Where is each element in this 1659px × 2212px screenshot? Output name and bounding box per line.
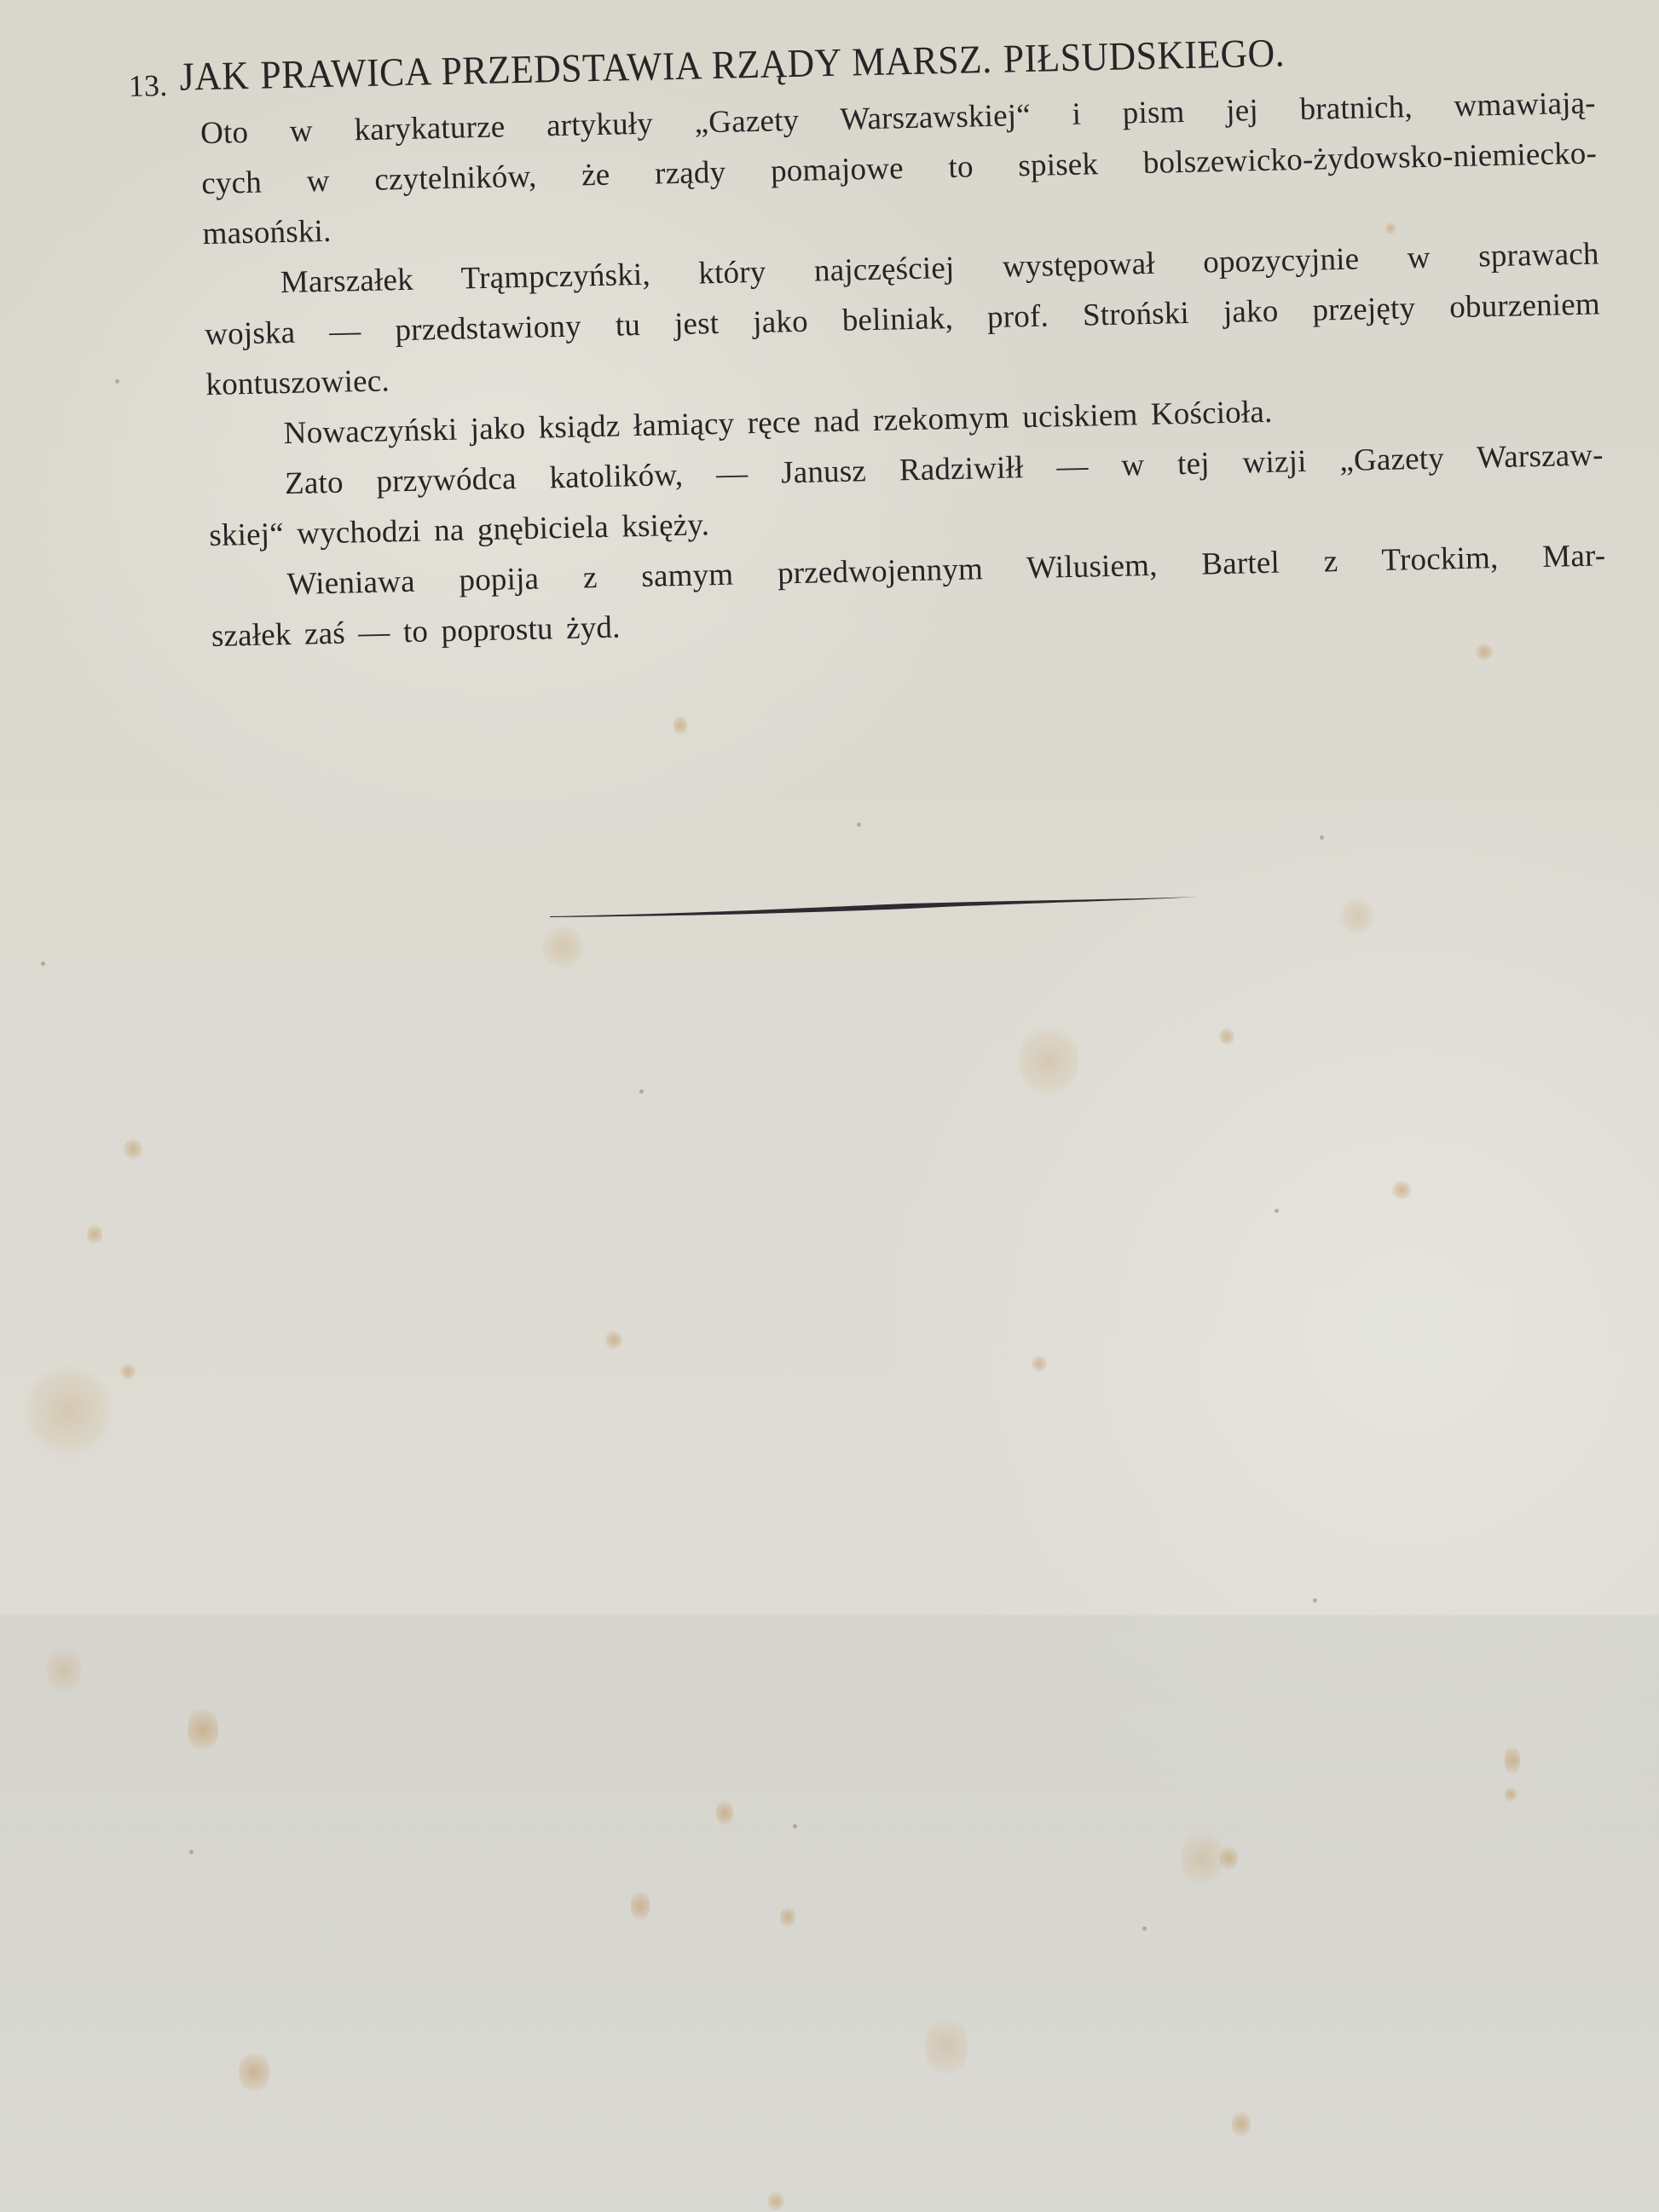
photo-shadow: [0, 1615, 1659, 2212]
section-number: 13.: [128, 60, 168, 112]
decorative-rule: [550, 895, 1198, 921]
document-text: 13. JAK PRAWICA PRZEDSTAWIA RZĄDY MARSZ.…: [128, 20, 1607, 662]
